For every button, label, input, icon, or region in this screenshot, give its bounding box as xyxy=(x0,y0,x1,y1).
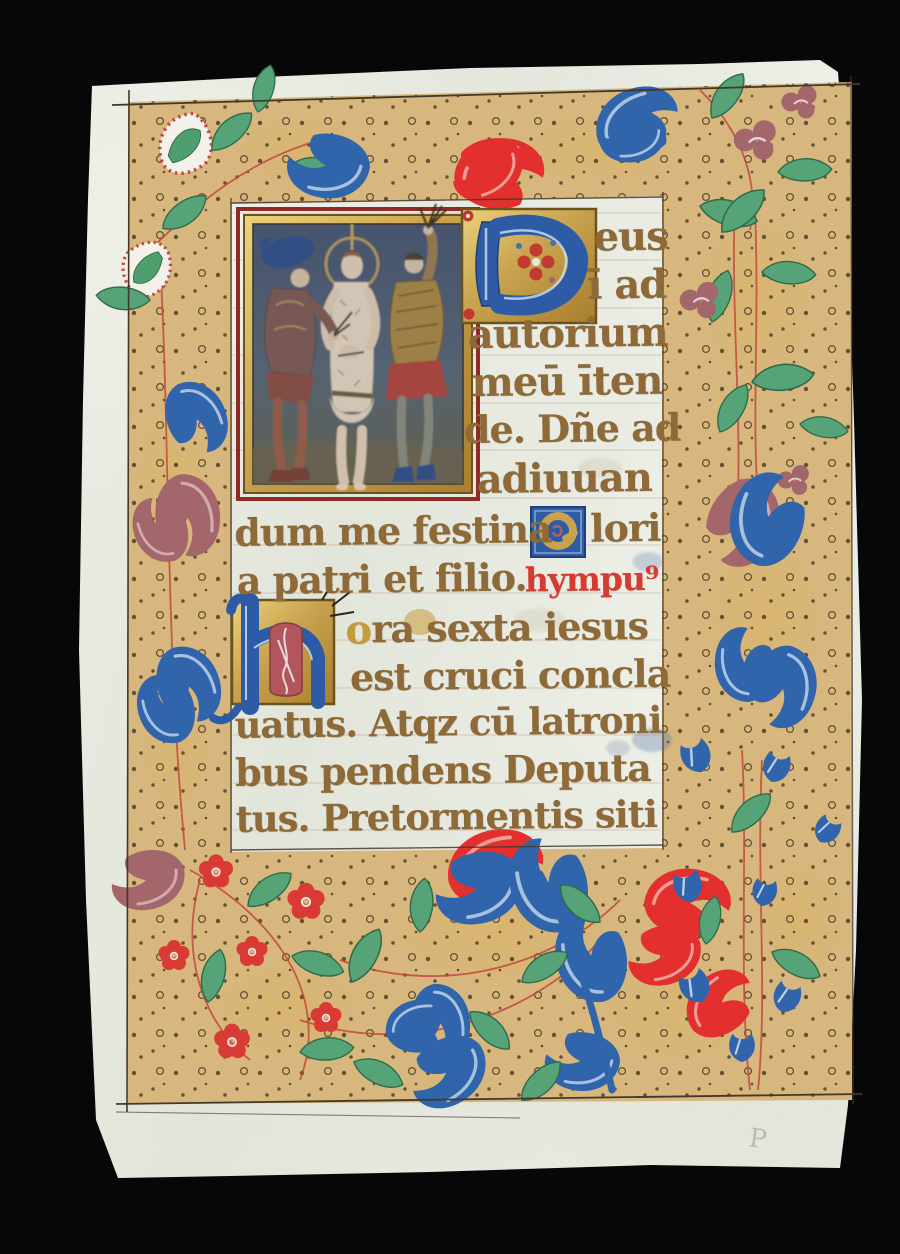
text-line-4: meū īten xyxy=(471,361,662,403)
text-line-11: uatus. Atqz cū latroni xyxy=(234,702,661,744)
photograph-stage: P eus ī ad autorium meū īten de. Dñe ad … xyxy=(0,0,900,1254)
rubric-hymnus: hympu⁹ xyxy=(525,562,659,597)
text-line-3: autorium xyxy=(468,313,668,355)
text-line-7b: lori xyxy=(590,509,661,548)
text-line-6: adiuuan xyxy=(476,458,652,500)
text-line-13: tus. Pretormentis siti xyxy=(235,796,657,838)
text-line-8a: a patri et filio. xyxy=(237,558,527,600)
text-line-7a: dum me festina xyxy=(234,510,552,552)
text-line-9a-gold-o: o xyxy=(345,610,371,650)
text-line-9b: ra sexta iesus xyxy=(371,607,648,648)
text-block: eus ī ad autorium meū īten de. Dñe ad ad… xyxy=(0,0,900,1254)
text-line-2: ī ad xyxy=(587,265,666,306)
text-line-1: eus xyxy=(593,217,668,258)
text-line-10: est cruci concla xyxy=(350,655,671,697)
text-line-5: de. Dñe ad xyxy=(464,409,681,450)
text-line-12: bus pendens Deputa xyxy=(235,749,651,792)
